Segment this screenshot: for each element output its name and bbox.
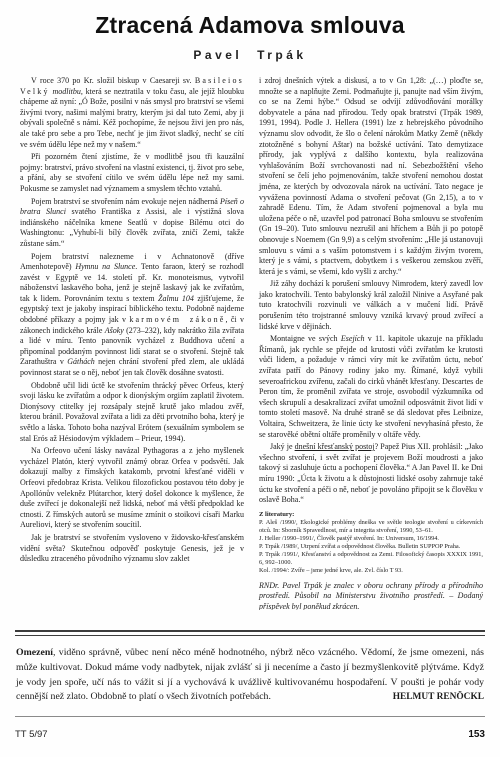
- literature-section: Z literatury: P. Aleš /1990/, Ekologické…: [259, 511, 483, 575]
- paragraph: Již záhy dochází k porušení smlouvy Nimr…: [259, 279, 483, 332]
- paragraph: i zdroj dnešních výtek a diskusí, a to v…: [259, 76, 483, 277]
- right-column: i zdroj dnešních výtek a diskusí, a to v…: [259, 76, 483, 610]
- paragraph: V roce 370 po Kr. složil biskup v Caesar…: [20, 76, 244, 150]
- article-body: V roce 370 po Kr. složil biskup v Caesar…: [0, 62, 500, 610]
- paragraph: Jak je bratrství se stvořením vysloveno …: [20, 533, 244, 565]
- article-header: Ztracená Adamova smlouva Pavel Trpák: [0, 0, 500, 62]
- paragraph: Obdobně učil lidi úctě ke stvořením thrá…: [20, 381, 244, 445]
- literature-entry: Kol. /1994/: Zvíře – jsme jedné krve, al…: [259, 567, 483, 575]
- paragraph: Pojem bratrství se stvořením nám evokuje…: [20, 197, 244, 250]
- magazine-page: Ztracená Adamova smlouva Pavel Trpák V r…: [0, 0, 500, 757]
- double-rule-divider: [15, 630, 485, 636]
- footer-page-number: 153: [468, 729, 485, 740]
- article-title: Ztracená Adamova smlouva: [0, 12, 500, 39]
- paragraph: Při pozorném čtení zjistíme, že v modlit…: [20, 152, 244, 194]
- bottom-note-lead: Omezení: [16, 647, 53, 658]
- article-author: Pavel Trpák: [0, 48, 500, 62]
- paragraph: Pojem bratrství nalezneme i v Achnatonov…: [20, 252, 244, 379]
- paragraph: Montaigne ve svých Esejích v 11. kapitol…: [259, 334, 483, 440]
- paragraph: Jaký je dnešní křesťanský postoj? Papež …: [259, 442, 483, 506]
- paragraph: Na Orfeovo učení lásky navázal Pythagora…: [20, 446, 244, 531]
- page-footer: TT 5/97 153: [15, 716, 485, 740]
- literature-entry: P. Trpák /1989/, Utrpení zvířat a odpově…: [259, 543, 483, 551]
- literature-entry: P. Aleš /1990/, Ekologické problémy dneš…: [259, 519, 483, 535]
- author-bio: RNDr. Pavel Trpák je znalec v oboru ochr…: [259, 581, 483, 610]
- literature-entry: J. Heller /1990–1991/, Člověk pastýř stv…: [259, 535, 483, 543]
- literature-entry: P. Trpák /1991/, Křesťanství a odpovědno…: [259, 551, 483, 567]
- right-column-paragraphs: i zdroj dnešních výtek a diskusí, a to v…: [259, 76, 483, 506]
- footer-issue-label: TT 5/97: [15, 729, 48, 740]
- left-column: V roce 370 po Kr. složil biskup v Caesar…: [20, 76, 244, 610]
- literature-list: P. Aleš /1990/, Ekologické problémy dneš…: [259, 519, 483, 574]
- literature-heading: Z literatury:: [259, 511, 483, 520]
